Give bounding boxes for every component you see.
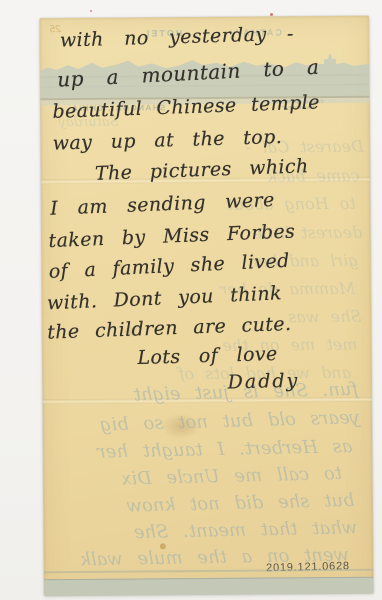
handwriting-line: of a family she lived <box>48 250 290 283</box>
bleedthrough-line: to call me Uncle Dix <box>122 463 343 490</box>
handwriting-line: taken by Miss Forbes <box>48 220 296 252</box>
dust-speck <box>90 10 92 12</box>
handwriting-line: with. Dont you think <box>47 282 283 314</box>
letter-page: HOTEL CATHAY SHANGHAI, CHINA CABLE ADDRE… <box>40 16 374 596</box>
bottom-strip <box>44 577 373 597</box>
handwriting-closing: Lots of love <box>137 343 278 369</box>
handwriting-signature: Daddy <box>227 370 299 394</box>
bleedthrough-line: as Herbert. I taught her <box>97 436 353 463</box>
bleedthrough-line: what that meant. She <box>133 517 357 543</box>
bleedthrough-line: but she did not know <box>126 490 354 517</box>
catalog-number: 2019.121.0628 <box>266 560 350 574</box>
scan-background: HOTEL CATHAY SHANGHAI, CHINA CABLE ADDRE… <box>0 0 382 600</box>
handwriting-line: with no yesterday - <box>60 23 294 52</box>
bleedthrough-line: She was <box>288 307 361 327</box>
handwriting-line: I am sending were <box>50 189 275 220</box>
bleedthrough-line: years old but not so big <box>100 407 361 435</box>
